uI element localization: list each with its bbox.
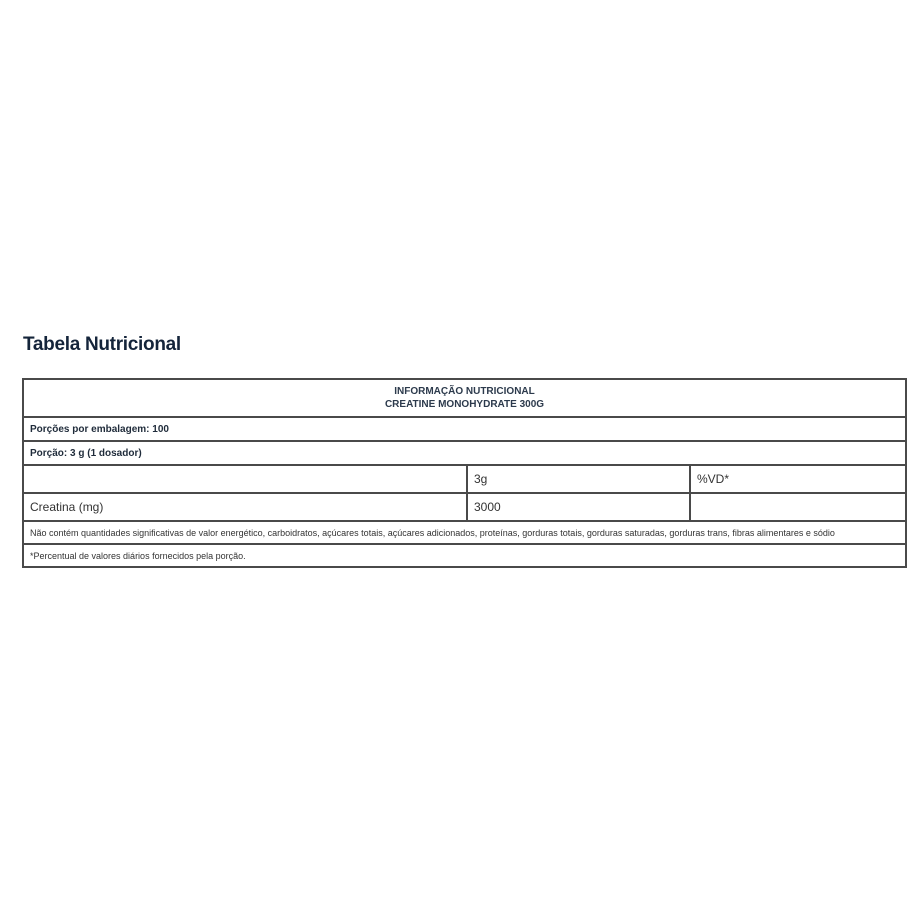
- table-header-product: CREATINE MONOHYDRATE 300G: [30, 398, 899, 411]
- nutrient-amount: 3000: [467, 493, 690, 521]
- nutrient-dv: [690, 493, 906, 521]
- servings-per-package: Porções por embalagem: 100: [23, 417, 906, 441]
- column-header-row: 3g %VD*: [23, 465, 906, 493]
- footnote: *Percentual de valores diários fornecido…: [23, 544, 906, 567]
- footnote-row: *Percentual de valores diários fornecido…: [23, 544, 906, 567]
- table-row: Creatina (mg) 3000: [23, 493, 906, 521]
- nutrition-table: INFORMAÇÃO NUTRICIONAL CREATINE MONOHYDR…: [22, 378, 907, 568]
- serving-size: Porção: 3 g (1 dosador): [23, 441, 906, 465]
- page-title: Tabela Nutricional: [23, 334, 181, 356]
- servings-row: Porções por embalagem: 100: [23, 417, 906, 441]
- table-header-cell: INFORMAÇÃO NUTRICIONAL CREATINE MONOHYDR…: [23, 379, 906, 417]
- serving-size-row: Porção: 3 g (1 dosador): [23, 441, 906, 465]
- column-header-amount: 3g: [467, 465, 690, 493]
- table-header-row: INFORMAÇÃO NUTRICIONAL CREATINE MONOHYDR…: [23, 379, 906, 417]
- not-significant-note: Não contém quantidades significativas de…: [23, 521, 906, 544]
- column-header-dv: %VD*: [690, 465, 906, 493]
- not-significant-row: Não contém quantidades significativas de…: [23, 521, 906, 544]
- table-header-title: INFORMAÇÃO NUTRICIONAL: [30, 385, 899, 398]
- nutrient-name: Creatina (mg): [23, 493, 467, 521]
- column-header-nutrient: [23, 465, 467, 493]
